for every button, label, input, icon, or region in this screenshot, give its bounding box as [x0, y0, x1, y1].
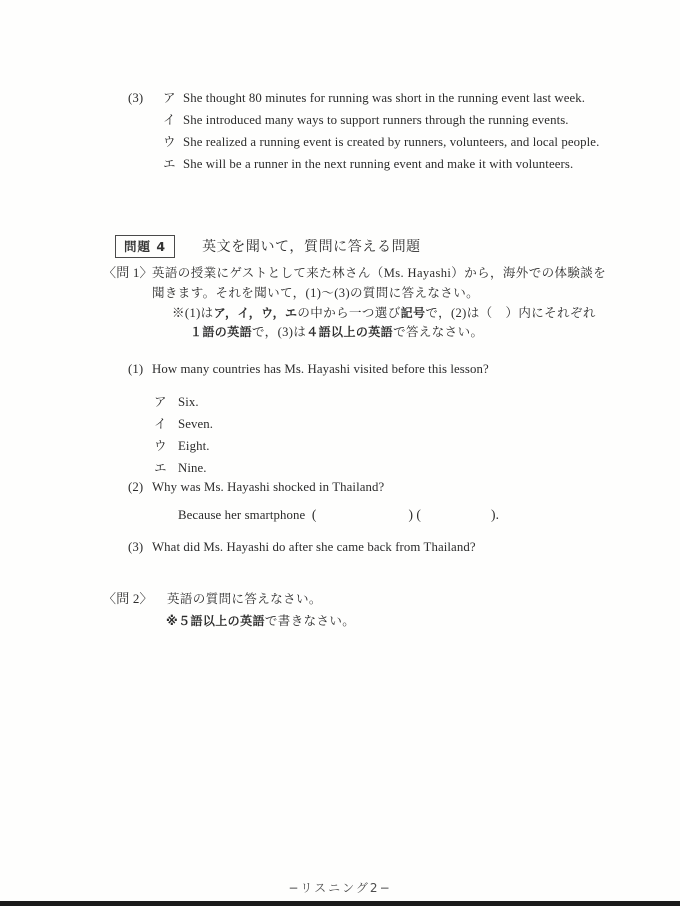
toi1-line1: 〈問 1〉英語の授業にゲストとして来た林さん（Ms. Hayashi）から，海外…	[103, 262, 606, 281]
option-text: Nine.	[178, 461, 207, 475]
toi2-note: ※５語以上の英語で書きなさい。	[166, 611, 355, 629]
q1-option-row: アSix.	[154, 392, 199, 410]
page-footer: −リスニング2−	[0, 879, 680, 896]
q2-answer-line: Because her smartphone () ().	[178, 507, 499, 523]
note-seg: (1)は	[185, 306, 214, 320]
q1-option-row: イSeven.	[154, 414, 213, 432]
q3-option-row: (3)アShe thought 80 minutes for running w…	[128, 88, 585, 106]
option-text: Seven.	[178, 417, 213, 431]
question-number: (2)	[128, 480, 152, 495]
option-kana-u: ウ	[163, 132, 183, 150]
note-seg-bold: ５語以上の英語	[178, 614, 265, 628]
option-text: She will be a runner in the next running…	[183, 157, 573, 171]
q3-question: (3)What did Ms. Hayashi do after she cam…	[128, 540, 476, 555]
toi1-label: 〈問 1〉	[103, 262, 152, 281]
scan-edge-bar	[0, 901, 680, 906]
option-kana-i: イ	[163, 110, 183, 128]
blank-open-paren: (	[416, 507, 421, 522]
option-kana-e: エ	[163, 154, 183, 172]
blank-open-paren: (	[312, 507, 317, 522]
option-text: Six.	[178, 395, 199, 409]
question-text: How many countries has Ms. Hayashi visit…	[152, 362, 489, 376]
question-text: Why was Ms. Hayashi shocked in Thailand?	[152, 480, 384, 494]
option-text: Eight.	[178, 439, 210, 453]
option-kana-e: エ	[154, 458, 178, 476]
option-kana-i: イ	[154, 414, 178, 432]
toi1-text2: 聞きます。それを聞いて，(1)〜(3)の質問に答えなさい。	[152, 286, 479, 300]
option-text: She introduced many ways to support runn…	[183, 113, 569, 127]
q3-option-row: エShe will be a runner in the next runnin…	[128, 154, 573, 172]
q1-option-row: ウEight.	[154, 436, 210, 454]
exam-page: (3)アShe thought 80 minutes for running w…	[0, 0, 680, 906]
question-number: (3)	[128, 540, 152, 555]
question-number: (3)	[128, 91, 163, 106]
q1-option-row: エNine.	[154, 458, 207, 476]
note-seg: で，(2)は（ ）内にそれぞれ	[425, 306, 595, 320]
toi1-text1: 英語の授業にゲストとして来た林さん（Ms. Hayashi）から，海外での体験談…	[152, 266, 606, 280]
question-text: What did Ms. Hayashi do after she came b…	[152, 540, 476, 554]
blank-close-paren-period: ).	[491, 507, 499, 522]
option-kana-a: ア	[154, 392, 178, 410]
note-marker: ※	[172, 306, 185, 320]
toi1-note-line2: １語の英語で，(3)は４語以上の英語で答えなさい。	[190, 322, 483, 340]
note-seg-bold: １語の英語	[190, 325, 252, 339]
note-seg-bold: ア，イ，ウ，エ	[214, 306, 298, 320]
option-text: She realized a running event is created …	[183, 135, 599, 149]
question-number: (1)	[128, 362, 152, 377]
toi2-instruction: 英語の質問に答えなさい。	[167, 592, 322, 606]
blank-close-paren: )	[409, 507, 414, 522]
option-text: She thought 80 minutes for running was s…	[183, 91, 585, 105]
note-seg-bold: ４語以上の英語	[306, 325, 393, 339]
toi1-note-line1: ※(1)はア，イ，ウ，エの中から一つ選び記号で，(2)は（ ）内にそれぞれ	[172, 303, 596, 321]
note-marker: ※	[166, 614, 178, 628]
section-title: 英文を聞いて，質問に答える問題	[202, 240, 421, 255]
q3-option-row: ウShe realized a running event is created…	[128, 132, 599, 150]
q1-question: (1)How many countries has Ms. Hayashi vi…	[128, 362, 489, 377]
section4-heading: 問題 4英文を聞いて，質問に答える問題	[115, 235, 421, 258]
section-box-label: 問題 4	[115, 235, 175, 258]
answer-prefix: Because her smartphone	[178, 508, 305, 522]
q2-question: (2)Why was Ms. Hayashi shocked in Thaila…	[128, 480, 384, 495]
toi2-line: 〈問 2〉英語の質問に答えなさい。	[103, 588, 322, 607]
option-kana-a: ア	[163, 88, 183, 106]
note-seg: で書きなさい。	[265, 614, 355, 628]
option-kana-u: ウ	[154, 436, 178, 454]
note-seg: で，(3)は	[252, 325, 306, 339]
note-seg: で答えなさい。	[393, 325, 483, 339]
toi2-label: 〈問 2〉	[103, 588, 167, 607]
note-seg: の中から一つ選び	[297, 306, 400, 320]
note-seg-bold: 記号	[401, 306, 426, 320]
q3-option-row: イShe introduced many ways to support run…	[128, 110, 569, 128]
toi1-line2: 聞きます。それを聞いて，(1)〜(3)の質問に答えなさい。	[152, 283, 479, 301]
